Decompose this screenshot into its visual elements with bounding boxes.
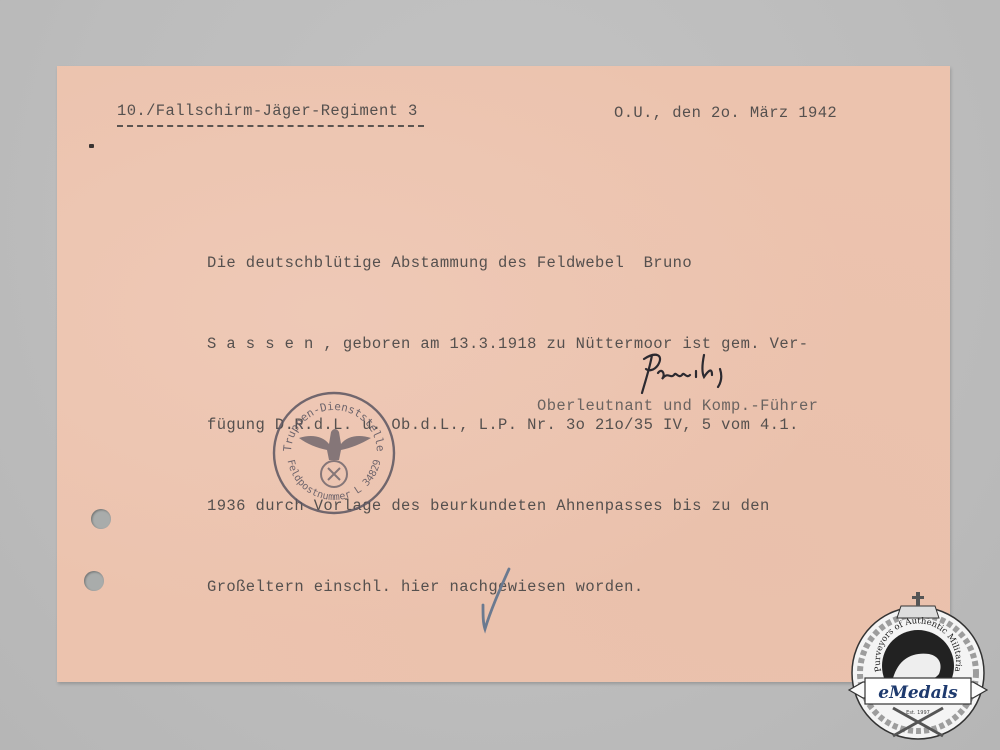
checkmark-icon — [475, 565, 515, 635]
unit-header: 10./Fallschirm-Jäger-Regiment 3 — [117, 104, 424, 127]
svg-text:eMedals: eMedals — [878, 683, 958, 703]
ink-dot — [89, 144, 94, 148]
svg-text:Feldpostnummer L 34829: Feldpostnummer L 34829 — [285, 459, 384, 504]
body-line: Die deutschblütige Abstammung des Feldwe… — [207, 250, 809, 277]
svg-text:Est. 1997: Est. 1997 — [906, 710, 930, 716]
punch-hole — [84, 571, 104, 591]
date-line: O.U., den 2o. März 1942 — [614, 106, 837, 122]
emedals-logo: Purveyors of Authentic Militaria eMedals… — [843, 578, 993, 748]
signer-role: Oberleutnant und Komp.-Führer — [537, 399, 818, 415]
stamp-icon: Truppen-Dienststelle Feldpostnummer L 34… — [269, 388, 399, 518]
signature-icon — [632, 349, 752, 399]
punch-hole — [91, 509, 111, 529]
eagle-icon — [299, 429, 371, 487]
